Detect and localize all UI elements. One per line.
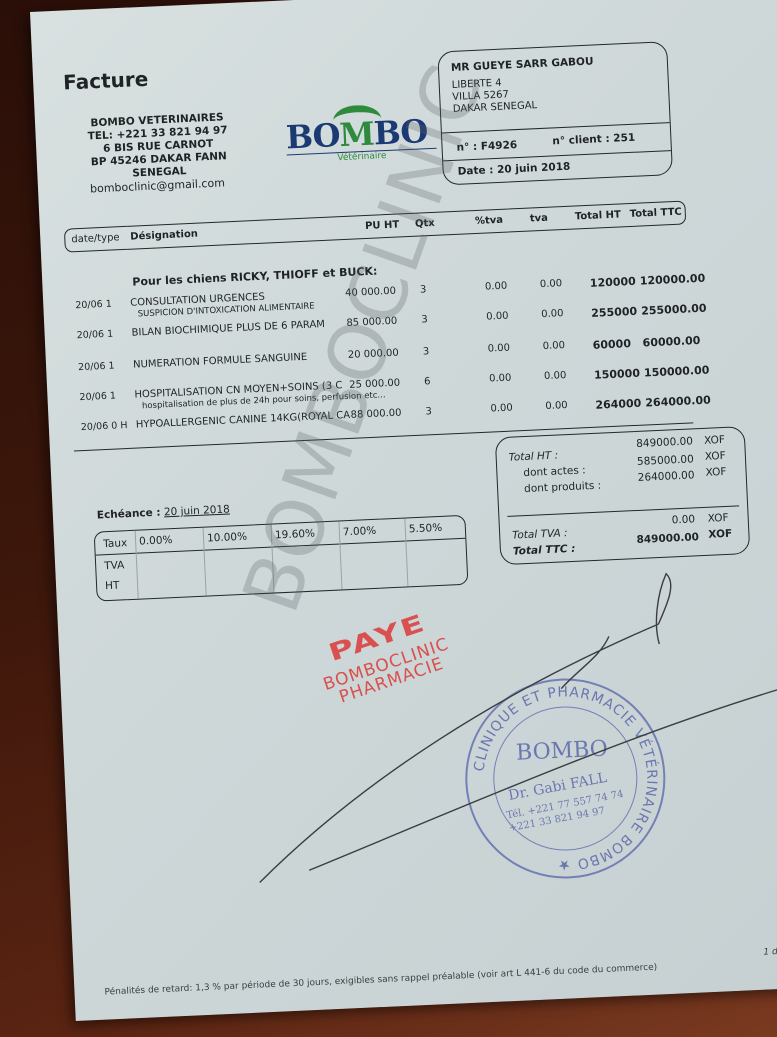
invoice-lines: 20/06 1CONSULTATION URGENCESSUSPICION D'…: [30, 0, 777, 12]
row-date-type: 20/06 1: [79, 391, 116, 404]
col-designation: Désignation: [130, 229, 198, 243]
dont-actes-value: 585000.00: [637, 453, 694, 468]
total-ht-value: 849000.00: [636, 435, 693, 450]
row-qty: 6: [424, 376, 431, 387]
penalty-notice: Pénalités de retard: 1,3 % par période d…: [104, 963, 657, 998]
row-tva: 0.00: [545, 400, 568, 412]
row-pct-tva: 0.00: [488, 343, 511, 355]
company-info: BOMBO VETERINAIRES TEL: +221 33 821 94 9…: [87, 111, 230, 195]
total-tva-value: 0.00: [671, 513, 695, 526]
row-total-ttc: 120000.00: [640, 272, 706, 288]
tax-row-label: TVA: [104, 559, 125, 572]
tax-row-label: HT: [105, 580, 120, 593]
invoice-date-value: 20 juin 2018: [497, 161, 571, 176]
document-title: Facture: [63, 67, 149, 95]
divider: [203, 528, 207, 596]
row-qty: 3: [425, 406, 432, 417]
row-tva: 0.00: [541, 308, 564, 320]
col-total-ht: Total HT: [575, 209, 621, 222]
page-number: 1 de 1: [763, 946, 777, 957]
row-tva: 0.00: [544, 370, 567, 382]
col-tva: tva: [530, 213, 549, 225]
invoice-date: Date : 20 juin 2018: [457, 161, 570, 178]
row-total-ttc: 150000.00: [644, 364, 710, 380]
currency: XOF: [708, 528, 732, 541]
due-date-label: Echéance :: [97, 507, 161, 522]
currency: XOF: [705, 466, 726, 479]
invoice-number-value: F4926: [481, 139, 518, 153]
currency: XOF: [704, 434, 725, 447]
tax-rate: 10.00%: [207, 531, 248, 545]
tax-rate: 7.00%: [343, 525, 377, 539]
client-number-value: 251: [613, 132, 635, 145]
client-name: MR GUEYE SARR GABOU: [451, 55, 594, 73]
row-date-type: 20/06 0 H: [81, 420, 128, 433]
total-tva-label: Total TVA :: [512, 527, 568, 541]
row-total-ht: 150000: [594, 367, 640, 382]
tax-rate: 0.00%: [139, 534, 173, 548]
col-date-type: date/type: [71, 232, 120, 245]
row-date-type: 20/06 1: [75, 299, 112, 312]
row-total-ttc: 60000.00: [642, 334, 700, 350]
invoice-paper: Facture BOMBO VETERINAIRES TEL: +221 33 …: [30, 0, 777, 1021]
dont-actes-label: dont actes :: [523, 464, 586, 479]
row-qty: 3: [423, 346, 430, 357]
due-date: Echéance : 20 juin 2018: [97, 503, 230, 521]
due-date-value: 20 juin 2018: [164, 503, 230, 518]
divider: [507, 505, 739, 517]
row-total-ttc: 264000.00: [645, 394, 711, 410]
totals-box: Total HT : 849000.00 XOF dont actes : 58…: [495, 426, 751, 565]
total-ttc-value: 849000.00: [636, 531, 699, 546]
row-total-ht: 120000: [590, 275, 636, 290]
row-qty: 3: [421, 314, 428, 325]
row-total-ttc: 255000.00: [641, 302, 707, 318]
row-pct-tva: 0.00: [485, 281, 508, 293]
dont-produits-label: dont produits :: [524, 480, 602, 495]
dont-produits-value: 264000.00: [637, 469, 694, 484]
currency: XOF: [705, 450, 726, 463]
currency: XOF: [707, 512, 728, 525]
row-tva: 0.00: [540, 278, 563, 290]
row-total-ht: 264000: [595, 397, 641, 412]
row-date-type: 20/06 1: [76, 329, 113, 342]
tax-row-label: Taux: [103, 537, 128, 550]
tax-rate: 5.50%: [409, 522, 443, 536]
col-pct-tva: %tva: [475, 215, 504, 227]
signature: [236, 558, 777, 943]
logo-arc-icon: [333, 104, 382, 135]
row-date-type: 20/06 1: [78, 361, 115, 374]
row-tva: 0.00: [542, 340, 565, 352]
row-total-ht: 255000: [591, 305, 637, 320]
row-pct-tva: 0.00: [489, 373, 512, 385]
col-total-ttc: Total TTC: [630, 207, 682, 220]
row-pct-tva: 0.00: [486, 311, 509, 323]
total-ttc-label: Total TTC :: [513, 543, 576, 558]
client-number: n° client : 251: [552, 132, 635, 148]
row-total-ht: 60000: [592, 337, 631, 352]
client-number-label: n° client :: [552, 133, 610, 148]
total-ht-label: Total HT :: [508, 450, 558, 464]
row-pct-tva: 0.00: [490, 403, 513, 415]
